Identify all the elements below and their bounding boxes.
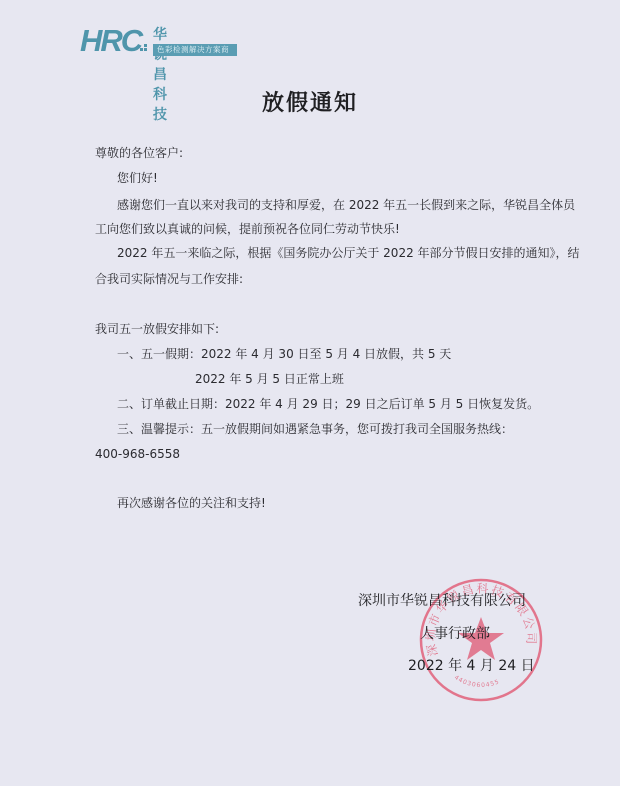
svg-text:4403060455: 4403060455: [453, 674, 501, 689]
logo-dots-icon: [140, 44, 150, 54]
holiday-item-1: 一、五一假期：2022 年 4 月 30 日至 5 月 4 日放假，共 5 天: [117, 346, 451, 362]
signature-date: 2022 年 4 月 24 日: [408, 655, 535, 675]
logo-mark: HRC: [80, 26, 141, 56]
page-title: 放假通知: [0, 86, 620, 117]
holiday-item-2: 二、订单截止日期：2022 年 4 月 29 日；29 日之后订单 5 月 5 …: [117, 396, 539, 412]
closing-line: 再次感谢各位的关注和支持!: [117, 495, 266, 511]
signature-department: 人事行政部: [420, 623, 490, 643]
paragraph-thanks-line2: 工向您们致以真诚的问候，提前预祝各位同仁劳动节快乐!: [95, 221, 400, 237]
holiday-item-3: 三、温馨提示：五一放假期间如遇紧急事务，您可拨打我司全国服务热线：: [117, 421, 513, 437]
paragraph-basis-line2: 合我司实际情况与工作安排:: [95, 271, 243, 287]
service-hotline: 400-968-6558: [95, 446, 180, 462]
signature-company: 深圳市华锐昌科技有限公司: [358, 590, 526, 610]
paragraph-basis-line1: 2022 年五一来临之际，根据《国务院办公厅关于 2022 年部分节假日安排的通…: [117, 245, 580, 261]
salutation: 尊敬的各位客户:: [95, 145, 183, 161]
logo-tagline: 色彩检测解决方案商: [153, 44, 237, 56]
paragraph-thanks-line1: 感谢您们一直以来对我司的支持和厚爱，在 2022 年五一长假到来之际，华锐昌全体…: [117, 197, 575, 213]
arrangement-heading: 我司五一放假安排如下:: [95, 321, 219, 337]
greeting: 您们好!: [117, 170, 158, 186]
notice-document: HRC 华锐昌科技 色彩检测解决方案商 放假通知 尊敬的各位客户: 您们好! 感…: [0, 0, 620, 786]
holiday-item-1-return: 2022 年 5 月 5 日正常上班: [195, 371, 344, 387]
